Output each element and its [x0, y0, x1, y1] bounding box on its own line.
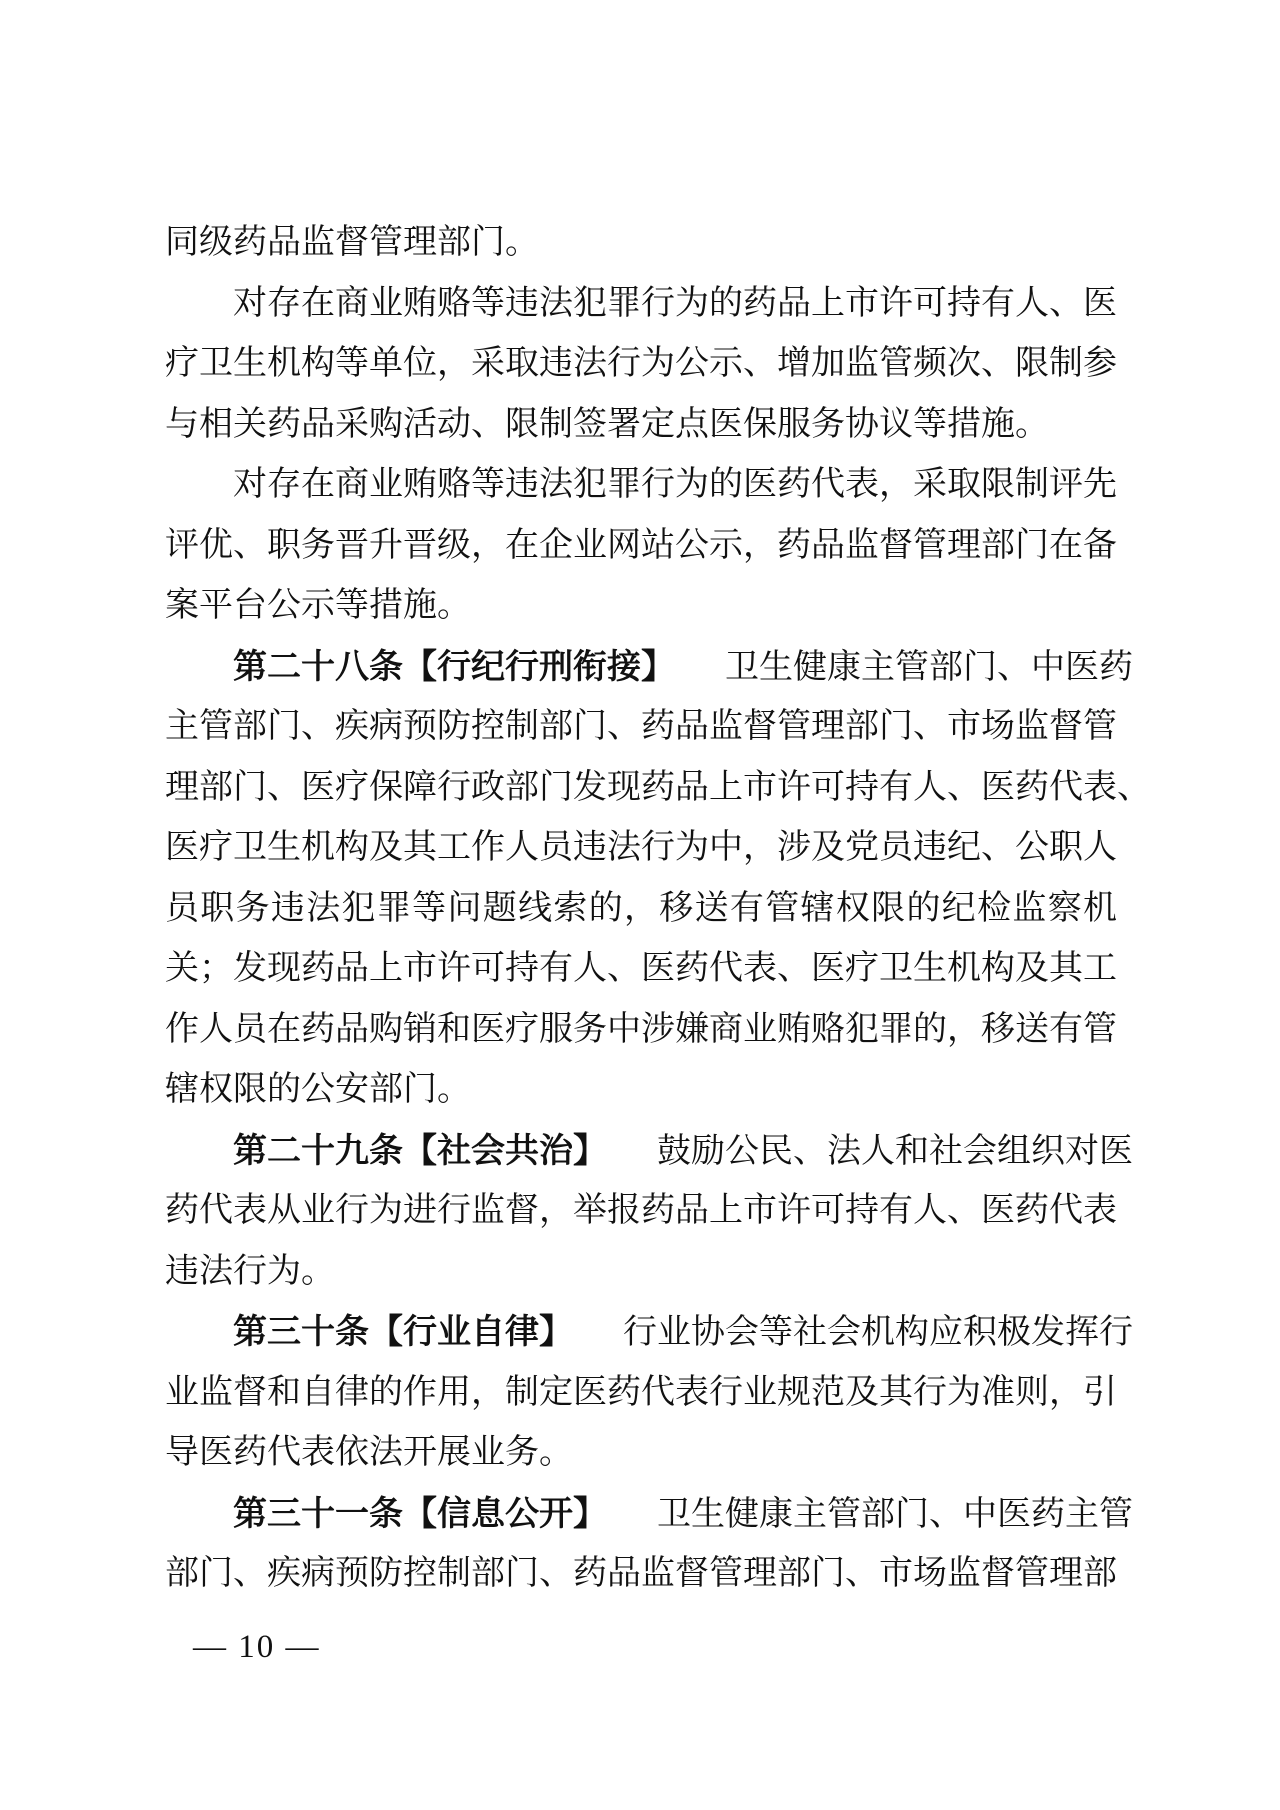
text-segment: 与相关药品采购活动、限制签署定点医保服务协议等措施。: [165, 406, 1049, 443]
body-line: 导医药代表依法开展业务。: [165, 1423, 1117, 1484]
document-body: 同级药品监督管理部门。对存在商业贿赂等违法犯罪行为的药品上市许可持有人、医疗卫生…: [165, 213, 1117, 1605]
text-segment: 导医药代表依法开展业务。: [165, 1434, 573, 1471]
body-line: 部门、疾病预防控制部门、药品监督管理部门、市场监督管理部: [165, 1544, 1117, 1605]
heading-gap: [607, 1161, 657, 1162]
text-segment: 主管部门、疾病预防控制部门、药品监督管理部门、市场监督管: [165, 708, 1117, 745]
text-segment: 医疗卫生机构及其工作人员违法行为中，涉及党员违纪、公职人: [165, 829, 1117, 866]
article-heading: 第三十一条【信息公开】: [233, 1495, 607, 1533]
body-line: 评优、职务晋升晋级，在企业网站公示，药品监督管理部门在备: [165, 516, 1117, 577]
document-page: 同级药品监督管理部门。对存在商业贿赂等违法犯罪行为的药品上市许可持有人、医疗卫生…: [0, 0, 1280, 1810]
body-line: 主管部门、疾病预防控制部门、药品监督管理部门、市场监督管: [165, 697, 1117, 758]
body-line: 与相关药品采购活动、限制签署定点医保服务协议等措施。: [165, 395, 1117, 456]
text-segment: 对存在商业贿赂等违法犯罪行为的医药代表，采取限制评先: [233, 466, 1117, 503]
body-line: 员职务违法犯罪等问题线索的，移送有管辖权限的纪检监察机: [165, 879, 1117, 940]
body-line: 作人员在药品购销和医疗服务中涉嫌商业贿赂犯罪的，移送有管: [165, 1000, 1117, 1061]
body-line: 违法行为。: [165, 1242, 1117, 1303]
text-segment: 理部门、医疗保障行政部门发现药品上市许可持有人、医药代表、: [165, 769, 1151, 806]
heading-gap: [675, 677, 725, 678]
text-segment: 辖权限的公安部门。: [165, 1071, 471, 1108]
text-segment: 案平台公示等措施。: [165, 587, 471, 624]
body-line: 业监督和自律的作用，制定医药代表行业规范及其行为准则，引: [165, 1363, 1117, 1424]
text-segment: 行业协会等社会机构应积极发挥行: [623, 1314, 1133, 1351]
heading-gap: [607, 1524, 657, 1525]
text-segment: 部门、疾病预防控制部门、药品监督管理部门、市场监督管理部: [165, 1555, 1117, 1592]
text-segment: 卫生健康主管部门、中医药主管: [657, 1496, 1133, 1533]
article-line: 第三十一条【信息公开】卫生健康主管部门、中医药主管: [165, 1484, 1117, 1545]
article-heading: 第二十九条【社会共治】: [233, 1132, 607, 1170]
body-line: 对存在商业贿赂等违法犯罪行为的药品上市许可持有人、医: [165, 274, 1117, 335]
body-line: 药代表从业行为进行监督，举报药品上市许可持有人、医药代表: [165, 1181, 1117, 1242]
body-line: 关；发现药品上市许可持有人、医药代表、医疗卫生机构及其工: [165, 939, 1117, 1000]
text-segment: 员职务违法犯罪等问题线索的，移送有管辖权限的纪检监察机: [165, 890, 1117, 927]
text-segment: 评优、职务晋升晋级，在企业网站公示，药品监督管理部门在备: [165, 527, 1117, 564]
text-segment: 药代表从业行为进行监督，举报药品上市许可持有人、医药代表: [165, 1192, 1117, 1229]
body-line: 案平台公示等措施。: [165, 576, 1117, 637]
text-segment: 对存在商业贿赂等违法犯罪行为的药品上市许可持有人、医: [233, 285, 1117, 322]
body-line: 辖权限的公安部门。: [165, 1060, 1117, 1121]
body-line: 对存在商业贿赂等违法犯罪行为的医药代表，采取限制评先: [165, 455, 1117, 516]
text-segment: 鼓励公民、法人和社会组织对医: [657, 1133, 1133, 1170]
text-segment: 业监督和自律的作用，制定医药代表行业规范及其行为准则，引: [165, 1374, 1117, 1411]
body-line: 理部门、医疗保障行政部门发现药品上市许可持有人、医药代表、: [165, 758, 1117, 819]
text-segment: 同级药品监督管理部门。: [165, 224, 539, 261]
text-segment: 作人员在药品购销和医疗服务中涉嫌商业贿赂犯罪的，移送有管: [165, 1011, 1117, 1048]
page-number: — 10 —: [193, 1626, 321, 1668]
text-segment: 违法行为。: [165, 1253, 335, 1290]
heading-gap: [573, 1342, 623, 1343]
body-line: 疗卫生机构等单位，采取违法行为公示、增加监管频次、限制参: [165, 334, 1117, 395]
text-segment: 关；发现药品上市许可持有人、医药代表、医疗卫生机构及其工: [165, 950, 1117, 987]
article-line: 第二十八条【行纪行刑衔接】卫生健康主管部门、中医药: [165, 637, 1117, 698]
body-line: 医疗卫生机构及其工作人员违法行为中，涉及党员违纪、公职人: [165, 818, 1117, 879]
text-segment: 卫生健康主管部门、中医药: [725, 649, 1133, 686]
article-heading: 第二十八条【行纪行刑衔接】: [233, 648, 675, 686]
article-heading: 第三十条【行业自律】: [233, 1313, 573, 1351]
article-line: 第二十九条【社会共治】鼓励公民、法人和社会组织对医: [165, 1121, 1117, 1182]
article-line: 第三十条【行业自律】行业协会等社会机构应积极发挥行: [165, 1302, 1117, 1363]
body-line: 同级药品监督管理部门。: [165, 213, 1117, 274]
text-segment: 疗卫生机构等单位，采取违法行为公示、增加监管频次、限制参: [165, 345, 1117, 382]
